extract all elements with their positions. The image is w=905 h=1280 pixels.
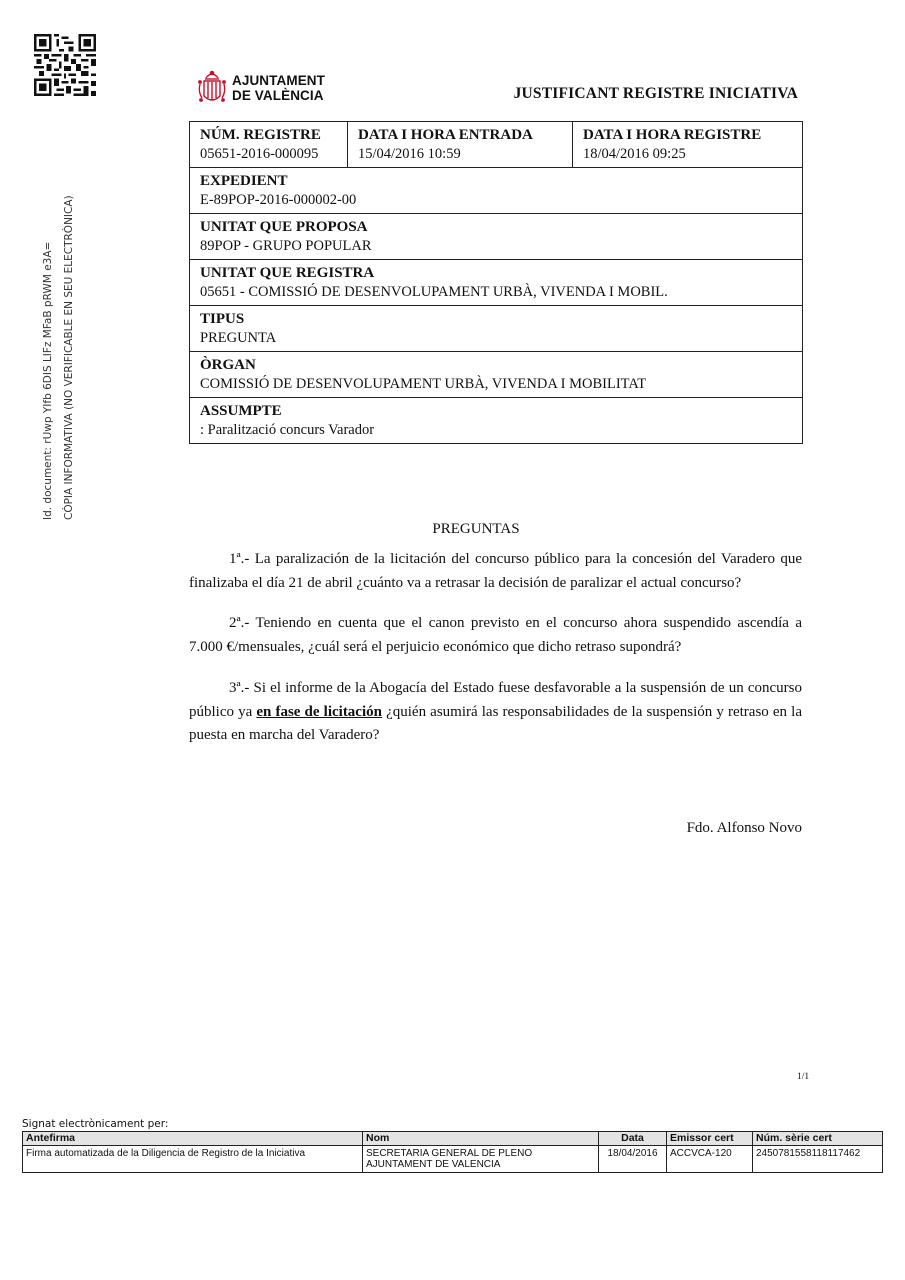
cell-tipus: TIPUS PREGUNTA [190,306,803,352]
cell-unitat-registra: UNITAT QUE REGISTRA 05651 - COMISSIÓ DE … [190,260,803,306]
field-value: PREGUNTA [200,329,792,348]
field-label: NÚM. REGISTRE [200,126,337,145]
field-value: COMISSIÓ DE DESENVOLUPAMENT URBÀ, VIVEND… [200,375,792,394]
signature: Fdo. Alfonso Novo [687,820,802,837]
field-value: 18/04/2016 09:25 [583,145,792,164]
field-value: 05651 - COMISSIÓ DE DESENVOLUPAMENT URBÀ… [200,283,792,302]
signatures-table: Antefirma Nom Data Emissor cert Núm. sèr… [22,1131,883,1173]
cell-antefirma: Firma automatizada de la Diligencia de R… [23,1146,363,1173]
cell-emissor: ACCVCA-120 [667,1146,753,1173]
cell-data-registre: DATA I HORA REGISTRE 18/04/2016 09:25 [573,122,803,168]
registry-row-unitat-proposa: UNITAT QUE PROPOSA 89POP - GRUPO POPULAR [190,214,803,260]
column-header-serie: Núm. sèrie cert [753,1132,883,1146]
field-label: ASSUMPTE [200,402,792,421]
field-value: E-89POP-2016-000002-00 [200,191,792,210]
copy-notice: CÒPIA INFORMATIVA (NO VERIFICABLE EN SEU… [59,195,80,520]
question-3-emphasis: en fase de licitación [256,704,382,720]
field-value: 89POP - GRUPO POPULAR [200,237,792,256]
document-id: Id. document: rUwp YIfb 6DIS LIFz MFaB p… [38,195,59,520]
field-label: UNITAT QUE REGISTRA [200,264,792,283]
field-label: EXPEDIENT [200,172,792,191]
cell-data: 18/04/2016 [599,1146,667,1173]
cell-expedient: EXPEDIENT E-89POP-2016-000002-00 [190,168,803,214]
question-1: 1ª.- La paralización de la licitación de… [189,548,802,595]
side-annotation: Id. document: rUwp YIfb 6DIS LIFz MFaB p… [38,195,80,520]
field-label: DATA I HORA REGISTRE [583,126,792,145]
cell-unitat-proposa: UNITAT QUE PROPOSA 89POP - GRUPO POPULAR [190,214,803,260]
document-title: JUSTIFICANT REGISTRE INICIATIVA [514,85,798,103]
question-2: 2ª.- Teniendo en cuenta que el canon pre… [189,612,802,659]
section-title: PREGUNTAS [0,521,905,538]
registry-row-dates: NÚM. REGISTRE 05651-2016-000095 DATA I H… [190,122,803,168]
registry-row-expedient: EXPEDIENT E-89POP-2016-000002-00 [190,168,803,214]
field-label: UNITAT QUE PROPOSA [200,218,792,237]
table-row: Firma automatizada de la Diligencia de R… [23,1146,883,1173]
column-header-nom: Nom [363,1132,599,1146]
logo-text: AJUNTAMENT DE VALÈNCIA [232,73,325,103]
nom-line1: SECRETARIA GENERAL DE PLENO [366,1148,595,1159]
column-header-emissor: Emissor cert [667,1132,753,1146]
column-header-data: Data [599,1132,667,1146]
cell-num-registre: NÚM. REGISTRE 05651-2016-000095 [190,122,348,168]
cell-serie: 2450781558118117462 [753,1146,883,1173]
registry-row-unitat-registra: UNITAT QUE REGISTRA 05651 - COMISSIÓ DE … [190,260,803,306]
question-3: 3ª.- Si el informe de la Abogacía del Es… [189,677,802,748]
field-label: DATA I HORA ENTRADA [358,126,562,145]
field-value: 05651-2016-000095 [200,145,337,164]
registry-info-table: NÚM. REGISTRE 05651-2016-000095 DATA I H… [189,121,803,444]
cell-nom: SECRETARIA GENERAL DE PLENO AJUNTAMENT D… [363,1146,599,1173]
registry-row-organ: ÒRGAN COMISSIÓ DE DESENVOLUPAMENT URBÀ, … [190,352,803,398]
signed-by-title: Signat electrònicament per: [22,1118,168,1130]
cell-data-entrada: DATA I HORA ENTRADA 15/04/2016 10:59 [348,122,573,168]
column-header-antefirma: Antefirma [23,1132,363,1146]
page-number: 1/1 [797,1072,809,1082]
nom-line2: AJUNTAMENT DE VALENCIA [366,1159,595,1170]
signatures-header-row: Antefirma Nom Data Emissor cert Núm. sèr… [23,1132,883,1146]
registry-row-tipus: TIPUS PREGUNTA [190,306,803,352]
field-label: TIPUS [200,310,792,329]
logo-line2: DE VALÈNCIA [232,88,325,103]
qr-code-icon [34,34,96,96]
registry-row-assumpte: ASSUMPTE : Paralització concurs Varador [190,398,803,444]
cell-assumpte: ASSUMPTE : Paralització concurs Varador [190,398,803,444]
field-label: ÒRGAN [200,356,792,375]
field-value: 15/04/2016 10:59 [358,145,562,164]
ajuntament-logo: AJUNTAMENT DE VALÈNCIA [196,68,325,108]
valencia-coat-of-arms-icon [196,68,228,108]
cell-organ: ÒRGAN COMISSIÓ DE DESENVOLUPAMENT URBÀ, … [190,352,803,398]
logo-line1: AJUNTAMENT [232,73,325,88]
field-value: : Paralització concurs Varador [200,421,792,440]
